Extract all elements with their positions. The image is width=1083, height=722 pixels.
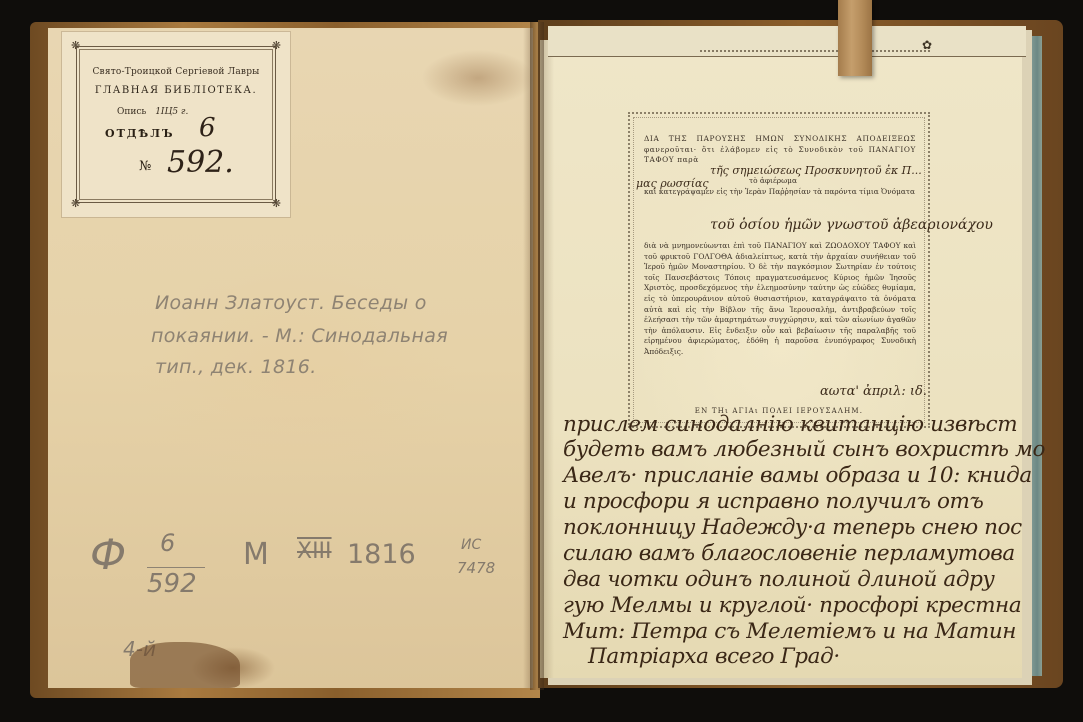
- synodical-certificate: ΔΙΑ ΤΗΣ ΠΑΡΟΥΣΗΣ ΗΜΩΝ ΣΥΝΟΔΙΚΗΣ ΑΠΟΔΕΙΞΕ…: [628, 112, 930, 428]
- letter-line: гую Мелмы и круглой· просфорi крестна: [563, 593, 1021, 618]
- shelf-prefix: Ф: [90, 530, 126, 579]
- letter-line: прислем синодалнiю квитанцiю извѣст: [563, 412, 1017, 437]
- label-number-label: №: [139, 159, 151, 174]
- letter-line: поклонницу Надежду·а теперь снею пос: [563, 515, 1022, 540]
- fraction-bar: [147, 567, 205, 568]
- note-line: тип., дек. 1816.: [155, 356, 317, 378]
- label-inventory: Опись 1ӀЦ5 г.: [117, 107, 188, 117]
- note-line: покаянии. - М.: Синодальная: [151, 325, 448, 347]
- wooden-bookmark[interactable]: [838, 0, 872, 76]
- handwritten-insert: μας ρωσσίας: [636, 177, 709, 190]
- label-inventory-label: Опись: [117, 107, 146, 117]
- water-stain: [130, 642, 240, 688]
- letter-line: Авелъ· присланiе вамы образа и 10: книда: [563, 463, 1032, 488]
- label-section-value: 6: [199, 113, 216, 143]
- shelf-code-bottom: 7478: [457, 559, 495, 577]
- certificate-body: διὰ νὰ μνημονεύωνται ἐπὶ τοῦ ΠΑΝΑΓΙΟΥ κα…: [644, 241, 916, 358]
- handwritten-date: αωτα' ἀπριλ: ιδ.: [820, 384, 927, 399]
- label-section-label: ОТДѢЛЪ: [105, 127, 174, 140]
- note-line: Иоанн Златоуст. Беседы о: [155, 292, 427, 314]
- top-border-ornament: [700, 42, 930, 52]
- letter-line: будеть вамъ любезный сынъ вохристѣ мо: [563, 437, 1045, 462]
- handwritten-insert: τῆς σημειώσεως Προσκυνητοῦ ἐκ Π...: [710, 164, 922, 177]
- label-library-title: ГЛАВНАЯ БИБЛІОТЕКА.: [77, 85, 275, 96]
- letter-line: Патрiарха всего Град·: [588, 644, 840, 669]
- rosette-ornament-icon: ✿: [922, 38, 932, 52]
- corner-ornament-icon: ❋: [71, 40, 80, 51]
- label-number-value: 592.: [167, 145, 234, 180]
- corner-ornament-icon: ❋: [272, 198, 281, 209]
- shelf-year: 1816: [347, 539, 416, 570]
- shelf-denominator: 592: [147, 569, 197, 599]
- shelf-code-top: ИС: [461, 537, 481, 553]
- label-monastery-name: Свято-Троицкой Сергіевой Лавры: [77, 67, 275, 77]
- shelf-numerator: 6: [160, 529, 175, 557]
- label-frame: ❋ ❋ ❋ ❋ Свято-Троицкой Сергіевой Лавры Г…: [76, 46, 276, 203]
- handwritten-insert: τοῦ ὁσίου ἡμῶν γνωστοῦ ἀβεαριονάχου: [710, 217, 993, 233]
- label-inventory-year: 1ӀЦ5 г.: [155, 107, 188, 117]
- gutter-spine: [530, 22, 544, 690]
- library-label: ❋ ❋ ❋ ❋ Свято-Троицкой Сергіевой Лавры Г…: [62, 32, 290, 217]
- letter-line: и просфори я исправно получилъ отъ: [563, 489, 983, 514]
- letter-line: силаю вамъ благословенiе перламутова: [563, 541, 1015, 566]
- corner-ornament-icon: ❋: [272, 40, 281, 51]
- corner-ornament-icon: ❋: [71, 198, 80, 209]
- pencil-bibliographic-note: Иоанн Златоуст. Беседы о покаянии. - М.:…: [155, 292, 515, 392]
- shelf-m-mark: М: [243, 537, 269, 572]
- letter-line: два чотки одинъ полиной длиной адру: [563, 567, 995, 592]
- shelf-roman: XIII: [297, 539, 332, 564]
- letter-line: Мит: Петра съ Мелетiемъ и на Матин: [563, 619, 1016, 644]
